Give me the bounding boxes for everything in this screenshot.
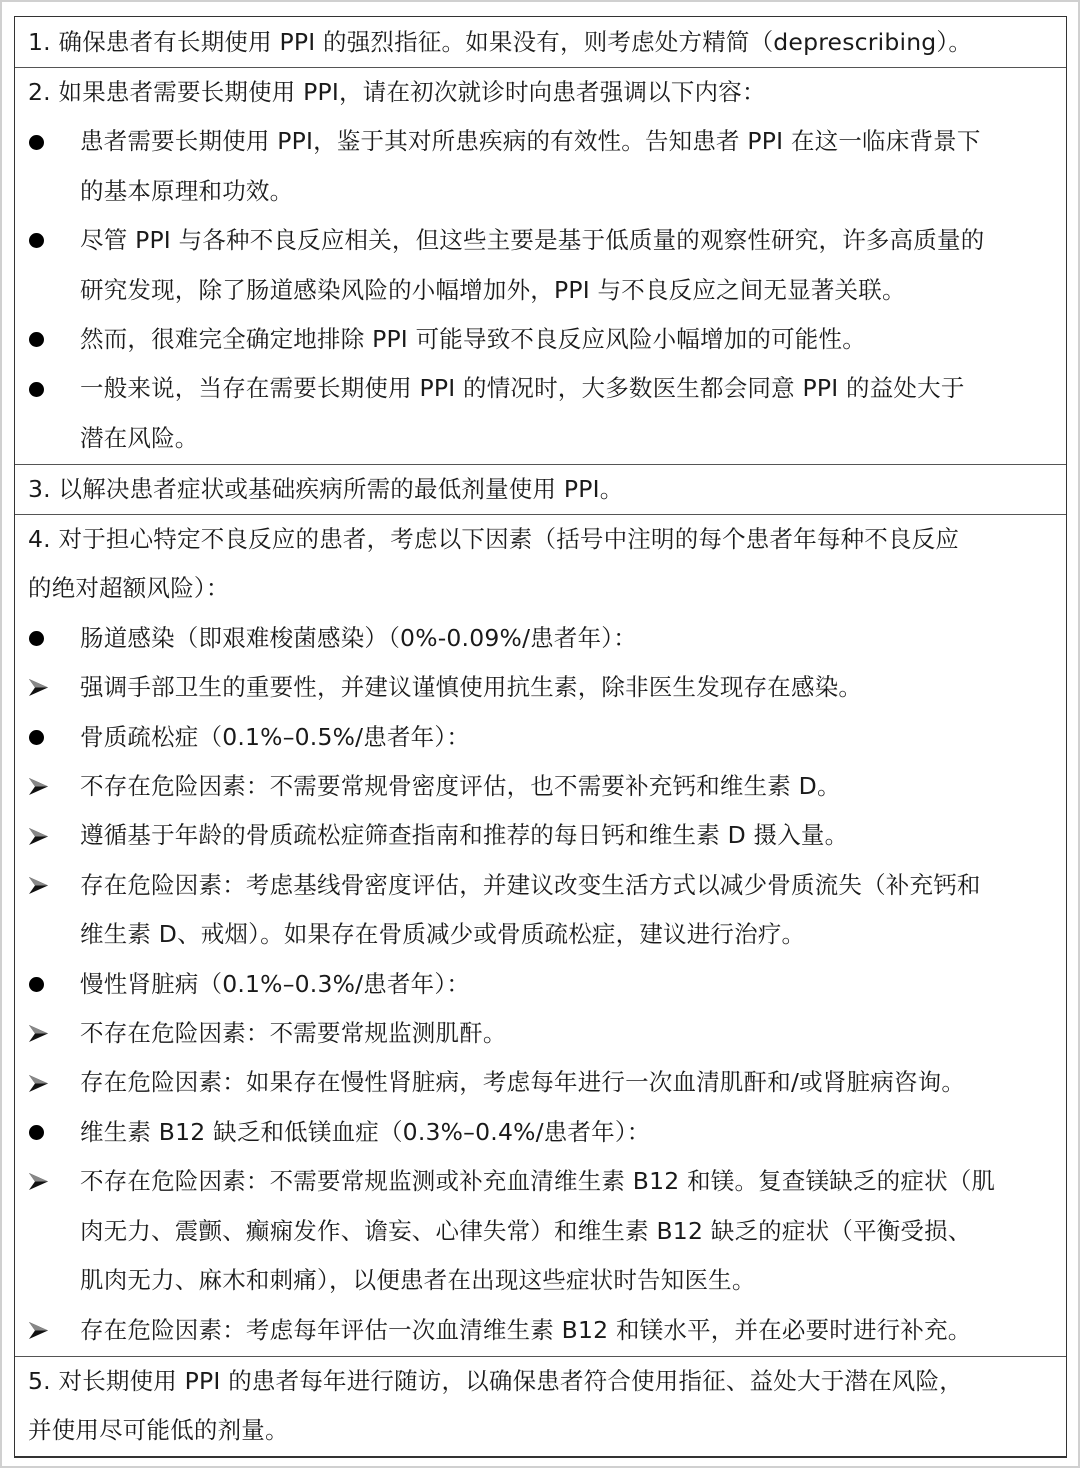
list-item: 然而，很难完全确定地排除 PPI 可能导致不良反应风险小幅增加的可能性。 [28,315,1054,364]
section-number: 2. [28,78,51,106]
bullet-dot-icon [28,216,48,265]
arrow-bullet-icon [28,811,48,860]
sub-list-item: 存在危险因素：考虑基线骨密度评估，并建议改变生活方式以减少骨质流失（补充钙和 维… [28,861,1054,960]
list-item: 肠道感染（即艰难梭菌感染）（0%-0.09%/患者年）： [28,614,1054,663]
section-3: 3. 以解决患者症状或基础疾病所需的最低剂量使用 PPI。 [15,464,1066,514]
bullet-dot-icon [28,713,48,762]
list-item: 慢性肾脏病（0.1%–0.3%/患者年）： [28,960,1054,1009]
arrow-bullet-icon [28,1009,48,1058]
sub-list-item: 强调手部卫生的重要性，并建议谨慎使用抗生素，除非医生发现存在感染。 [28,663,1054,712]
sub-list-item: 不存在危险因素：不需要常规监测肌酐。 [28,1009,1054,1058]
section-2-line-1: 2. 如果患者需要长期使用 PPI，请在初次就诊时向患者强调以下内容： [28,68,1054,117]
bullet-dot-icon [28,364,48,413]
list-item: 尽管 PPI 与各种不良反应相关，但这些主要是基于低质量的观察性研究，许多高质量… [28,216,1054,315]
sub-list-item: 存在危险因素：考虑每年评估一次血清维生素 B12 和镁水平，并在必要时进行补充。 [28,1306,1054,1355]
bullet-dot-icon [28,960,48,1009]
list-item: 维生素 B12 缺乏和低镁血症（0.3%–0.4%/患者年）： [28,1108,1054,1157]
section-2: 2. 如果患者需要长期使用 PPI，请在初次就诊时向患者强调以下内容： 患者需要… [15,67,1066,464]
bullet-dot-icon [28,315,48,364]
section-number: 5. [28,1367,51,1395]
arrow-bullet-icon [28,861,48,910]
list-item: 一般来说，当存在需要长期使用 PPI 的情况时，大多数医生都会同意 PPI 的益… [28,364,1054,463]
section-number: 4. [28,525,51,553]
section-4-line-1: 4. 对于担心特定不良反应的患者，考虑以下因素（括号中注明的每个患者年每种不良反… [28,515,1054,564]
section-1: 1. 确保患者有长期使用 PPI 的强烈指征。如果没有，则考虑处方精简（depr… [15,17,1066,67]
section-number: 1. [28,28,51,56]
arrow-bullet-icon [28,663,48,712]
arrow-bullet-icon [28,1306,48,1355]
list-item: 骨质疏松症（0.1%–0.5%/患者年）： [28,713,1054,762]
section-number: 3. [28,475,51,503]
section-4: 4. 对于担心特定不良反应的患者，考虑以下因素（括号中注明的每个患者年每种不良反… [15,514,1066,1356]
sub-list-item: 存在危险因素：如果存在慢性肾脏病，考虑每年进行一次血清肌酐和/或肾脏病咨询。 [28,1058,1054,1107]
arrow-bullet-icon [28,762,48,811]
list-item: 患者需要长期使用 PPI，鉴于其对所患疾病的有效性。告知患者 PPI 在这一临床… [28,117,1054,216]
section-1-line-1: 1. 确保患者有长期使用 PPI 的强烈指征。如果没有，则考虑处方精简（depr… [28,17,1054,67]
arrow-bullet-icon [28,1157,48,1206]
section-5-line-1: 5. 对长期使用 PPI 的患者每年进行随访，以确保患者符合使用指征、益处大于潜… [28,1357,1054,1406]
section-3-line-1: 3. 以解决患者症状或基础疾病所需的最低剂量使用 PPI。 [28,465,1054,514]
section-4-line-2: 的绝对超额风险）： [28,564,1054,613]
bullet-dot-icon [28,117,48,166]
recommendations-table: 1. 确保患者有长期使用 PPI 的强烈指征。如果没有，则考虑处方精简（depr… [14,16,1067,1458]
sub-list-item: 遵循基于年龄的骨质疏松症筛查指南和推荐的每日钙和维生素 D 摄入量。 [28,811,1054,860]
section-5-line-2: 并使用尽可能低的剂量。 [28,1406,1054,1455]
bullet-dot-icon [28,1108,48,1157]
section-5: 5. 对长期使用 PPI 的患者每年进行随访，以确保患者符合使用指征、益处大于潜… [15,1356,1066,1456]
sub-list-item: 不存在危险因素：不需要常规骨密度评估，也不需要补充钙和维生素 D。 [28,762,1054,811]
arrow-bullet-icon [28,1058,48,1107]
bullet-dot-icon [28,614,48,663]
sub-list-item: 不存在危险因素：不需要常规监测或补充血清维生素 B12 和镁。复查镁缺乏的症状（… [28,1157,1054,1305]
